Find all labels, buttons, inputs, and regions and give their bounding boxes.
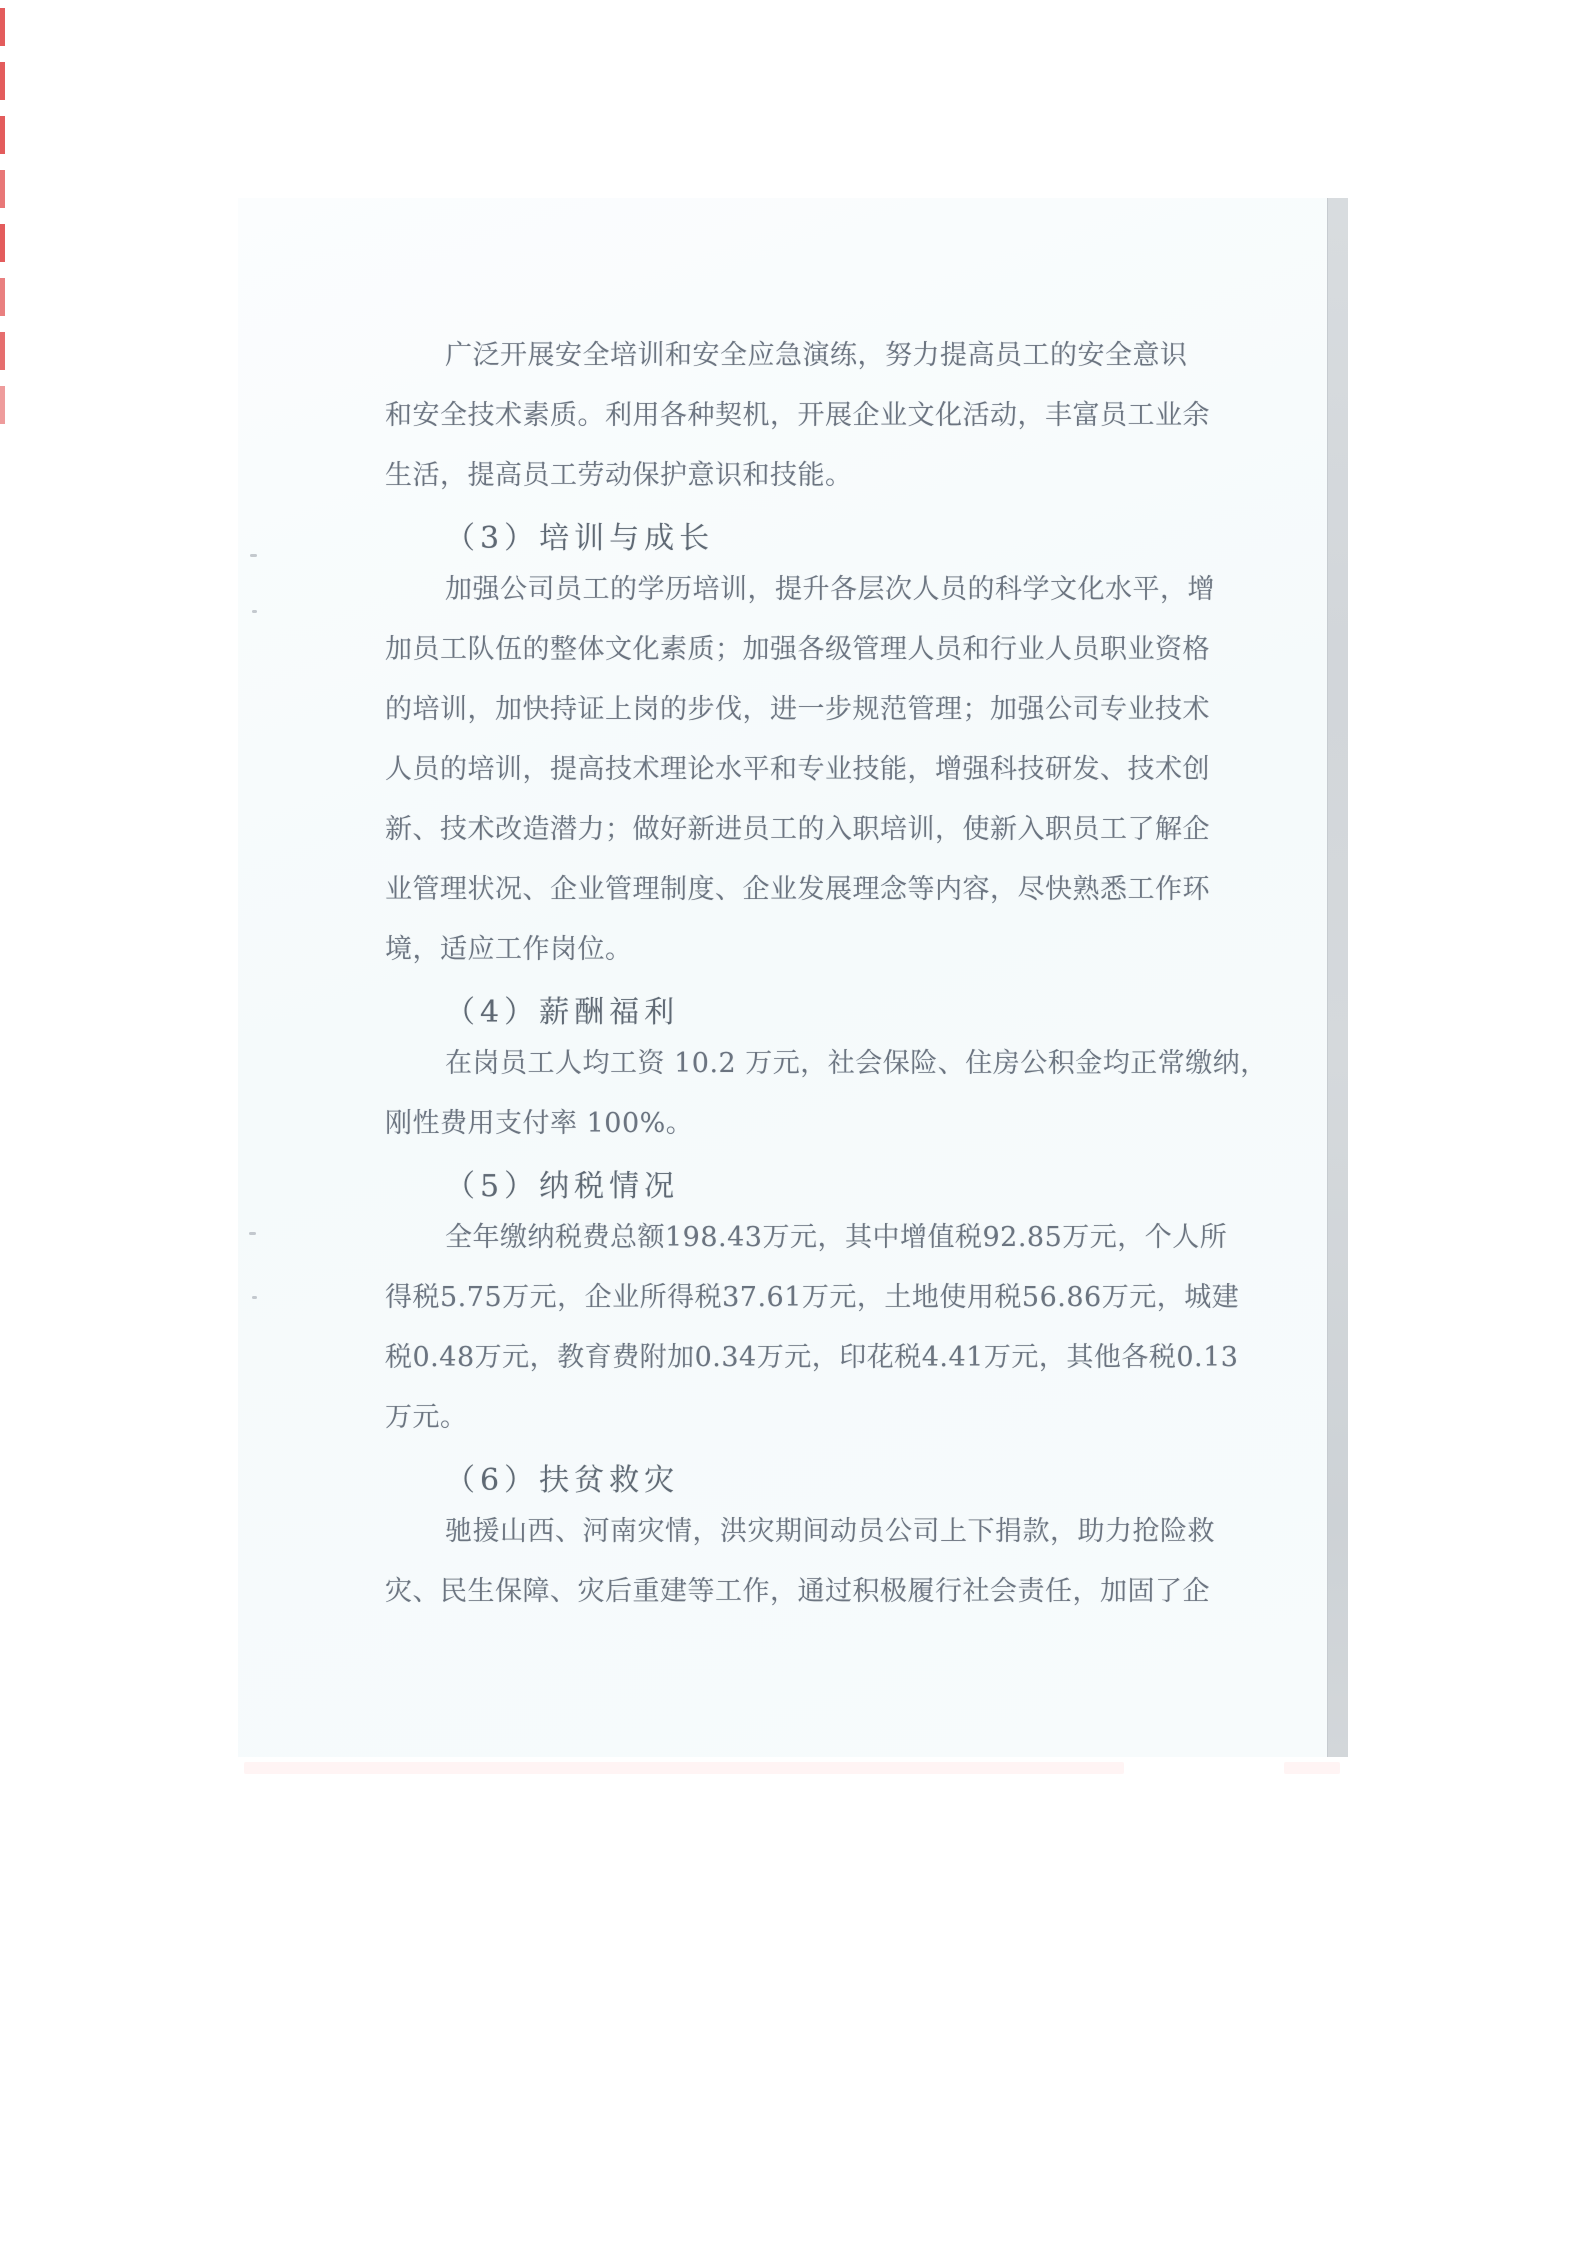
text-line: 的培训，加快持证上岗的步伐，进一步规范管理；加强公司专业技术 [385, 689, 1152, 731]
red-dash-mark [0, 8, 5, 46]
text-line: 驰援山西、河南灾情，洪灾期间动员公司上下捐款，助力抢险救 [385, 1511, 1152, 1553]
red-dash-mark [0, 386, 5, 424]
text-line: 新、技术改造潜力；做好新进员工的入职培训，使新入职员工了解企 [385, 809, 1152, 851]
scan-speck [250, 554, 257, 557]
text-line: 刚性费用支付率 100%。 [385, 1103, 1152, 1145]
red-registration-marks [0, 0, 8, 520]
text-line: 生活，提高员工劳动保护意识和技能。 [385, 455, 1152, 497]
section-heading-training-growth: （3）培训与成长 [385, 517, 1152, 561]
scan-edge-strip [1327, 198, 1348, 1757]
red-dash-mark [0, 224, 5, 262]
scan-bottom-tint [244, 1762, 1124, 1774]
text-line: 得税5.75万元，企业所得税37.61万元，土地使用税56.86万元，城建 [385, 1277, 1152, 1319]
red-dash-mark [0, 332, 5, 370]
text-line: 人员的培训，提高技术理论水平和专业技能，增强科技研发、技术创 [385, 749, 1152, 791]
text-line: 税0.48万元，教育费附加0.34万元，印花税4.41万元，其他各税0.13 [385, 1337, 1152, 1379]
text-line: 万元。 [385, 1397, 1152, 1439]
red-dash-mark [0, 170, 5, 208]
text-line: 在岗员工人均工资 10.2 万元，社会保险、住房公积金均正常缴纳， [385, 1043, 1152, 1085]
red-dash-mark [0, 62, 5, 100]
text-line: 全年缴纳税费总额198.43万元，其中增值税92.85万元，个人所 [385, 1217, 1152, 1259]
text-line: 加员工队伍的整体文化素质；加强各级管理人员和行业人员职业资格 [385, 629, 1152, 671]
scan-bottom-tint [1284, 1762, 1340, 1774]
text-line: 业管理状况、企业管理制度、企业发展理念等内容，尽快熟悉工作环 [385, 869, 1152, 911]
section-heading-salary-benefits: （4）薪酬福利 [385, 991, 1152, 1035]
scanned-document-page: 广泛开展安全培训和安全应急演练，努力提高员工的安全意识 和安全技术素质。利用各种… [238, 198, 1327, 1757]
section-heading-tax-situation: （5）纳税情况 [385, 1165, 1152, 1209]
scan-speck [252, 610, 257, 613]
red-dash-mark [0, 278, 5, 316]
scan-speck [252, 1296, 257, 1299]
text-line: 境，适应工作岗位。 [385, 929, 1152, 971]
text-line: 加强公司员工的学历培训，提升各层次人员的科学文化水平，增 [385, 569, 1152, 611]
scan-speck [249, 1232, 256, 1235]
section-heading-poverty-disaster-relief: （6）扶贫救灾 [385, 1459, 1152, 1503]
text-line: 灾、民生保障、灾后重建等工作，通过积极履行社会责任，加固了企 [385, 1571, 1152, 1613]
screenshot-canvas: 广泛开展安全培训和安全应急演练，努力提高员工的安全意识 和安全技术素质。利用各种… [0, 0, 1587, 2245]
red-dash-mark [0, 116, 5, 154]
text-line: 和安全技术素质。利用各种契机，开展企业文化活动，丰富员工业余 [385, 395, 1152, 437]
text-line: 广泛开展安全培训和安全应急演练，努力提高员工的安全意识 [385, 335, 1152, 377]
